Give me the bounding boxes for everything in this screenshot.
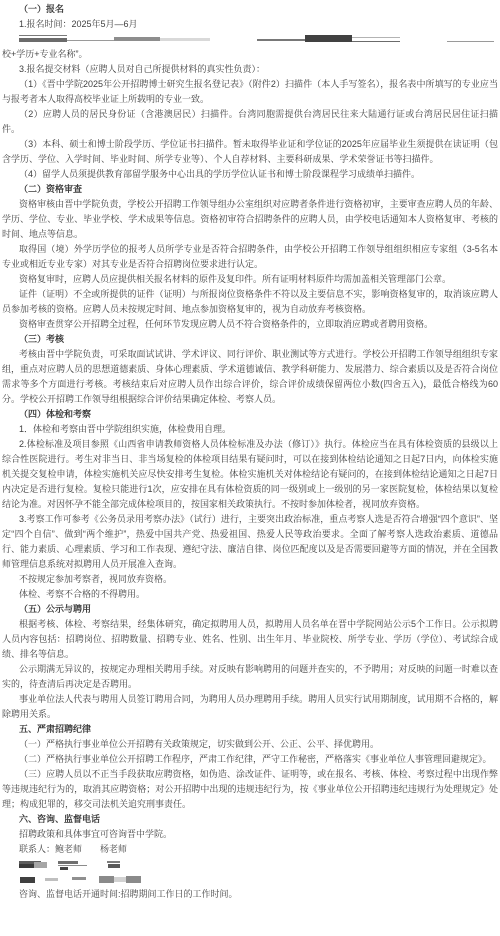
paragraph: （三）应聘人员以不正当手段获取应聘资格，如伪造、涂改证件、证明等，或在报名、考核…	[2, 767, 498, 812]
redaction-bar	[305, 35, 352, 42]
paragraph: 资格审核由晋中学院负责，学校公开招聘工作领导组办公室组织对应聘者条件进行资格初审…	[2, 197, 498, 242]
redaction-bar	[99, 876, 114, 883]
document-body: （一）报名1.报名时间：2025年5月—6月校+学历+专业名称”。3.报名提交材…	[0, 0, 500, 902]
paragraph: 资格审查贯穿公开招聘全过程，任何环节发现应聘人员不符合资格条件的，立即取消应聘或…	[2, 317, 498, 332]
paragraph: 根据考核、体检、考察结果，经集体研究，确定拟聘用人员，拟聘用人员名单在晋中学院网…	[2, 617, 498, 662]
redaction-bar	[45, 878, 58, 881]
paragraph: 3.考察工作可参考《公务员录用考察办法》（试行）进行，主要突出政治标准，重点考察…	[2, 512, 498, 572]
redaction-bar	[107, 861, 120, 863]
section-heading: （二）资格审查	[2, 182, 498, 197]
redaction-bar	[60, 867, 68, 870]
redaction-bar	[114, 37, 160, 41]
redaction-bar	[108, 864, 120, 868]
section-heading: 六、咨询、监督电话	[2, 812, 498, 827]
section-heading: （一）报名	[2, 2, 498, 17]
redaction-bar	[58, 861, 78, 864]
redaction-bar	[19, 38, 67, 42]
section-heading: 五、严肃招聘纪律	[2, 722, 498, 737]
redaction-bar	[126, 876, 141, 883]
redaction-bar	[160, 38, 210, 41]
paragraph: 1．体检和考察由晋中学院组织实施，体检费用自理。	[2, 422, 498, 437]
redaction-bar	[20, 877, 35, 883]
redaction-bar	[257, 39, 305, 41]
redaction-bar	[19, 864, 34, 868]
paragraph: 2.体检标准及项目参照《山西省申请教师资格人员体检标准及办法（修订）》执行。体检…	[2, 437, 498, 512]
redaction-bar	[67, 40, 114, 41]
redaction-bar	[72, 877, 86, 880]
paragraph: 考核由晋中学院负责，可采取面试试讲、学术评议、同行评价、职业测试等方式进行。学校…	[2, 347, 498, 407]
paragraph: 联系人：鲍老师 杨老师	[2, 842, 498, 857]
paragraph: 公示期满无异议的，按规定办理相关聘用手续。对反映有影响聘用的问题并查实的，不予聘…	[2, 662, 498, 692]
paragraph: 证件（证明）不全或所提供的证件（证明）与所报岗位资格条件不符以及主要信息不实，影…	[2, 287, 498, 317]
paragraph: （2）应聘人员的居民身份证（含港澳居民）扫描件。台湾同胞需提供台湾居民往来大陆通…	[2, 107, 498, 137]
paragraph: 不按规定参加考察者，视同放弃资格。	[2, 572, 498, 587]
redacted-line-registration-method	[2, 32, 498, 47]
paragraph: 招聘政策和具体事宜可咨询晋中学院。	[2, 827, 498, 842]
paragraph: 资格复审时，应聘人员应提供相关报名材料的原件及复印件。所有证明材料原件均需加盖相…	[2, 272, 498, 287]
paragraph: 咨询、监督电话开通时间:招聘期间工作日的工作时间。	[2, 887, 498, 902]
redaction-bar	[19, 35, 67, 36]
paragraph: （一）严格执行事业单位公开招聘有关政策规定，切实做到公开、公正、公平、择优聘用。	[2, 737, 498, 752]
paragraph: 事业单位法人代表与聘用人员签订聘用合同，为聘用人员办理聘用手续。聘用人员实行试用…	[2, 692, 498, 722]
redaction-bar	[114, 877, 126, 882]
paragraph: （3）本科、硕士和博士阶段学历、学位证书扫描件。暂未取得毕业证和学位证的2025…	[2, 137, 498, 167]
paragraph: （4）留学人员须提供教育部留学服务中心出具的学历学位认证书和博士阶段课程学习成绩…	[2, 167, 498, 182]
paragraph: 体检、考察不合格的不得聘用。	[2, 587, 498, 602]
redacted-contact-phone-row-1	[2, 857, 498, 872]
paragraph: 取得国（境）外学历学位的报考人员所学专业是否符合招聘条件，由学校公开招聘工作领导…	[2, 242, 498, 272]
redaction-bar	[352, 37, 400, 38]
paragraph: 1.报名时间：2025年5月—6月	[2, 17, 498, 32]
section-heading: （五）公示与聘用	[2, 602, 498, 617]
redaction-bar	[352, 41, 400, 42]
paragraph: 校+学历+专业名称”。	[2, 47, 498, 62]
redaction-bar	[34, 862, 47, 868]
paragraph: （1）《晋中学院2025年公开招聘博士研究生报名登记表》（附件2）扫描件（本人手…	[2, 77, 498, 107]
redaction-bar	[58, 865, 87, 866]
section-heading: （四）体检和考察	[2, 407, 498, 422]
paragraph: （二）严格执行事业单位公开招聘工作程序，严肃工作纪律，严守工作秘密，严格落实《事…	[2, 752, 498, 767]
redaction-bar	[447, 41, 494, 42]
redacted-contact-phone-row-2	[2, 872, 498, 887]
section-heading: （三）考核	[2, 332, 498, 347]
paragraph: 3.报名提交材料（应聘人员对自己所提供材料的真实性负责）：	[2, 62, 498, 77]
